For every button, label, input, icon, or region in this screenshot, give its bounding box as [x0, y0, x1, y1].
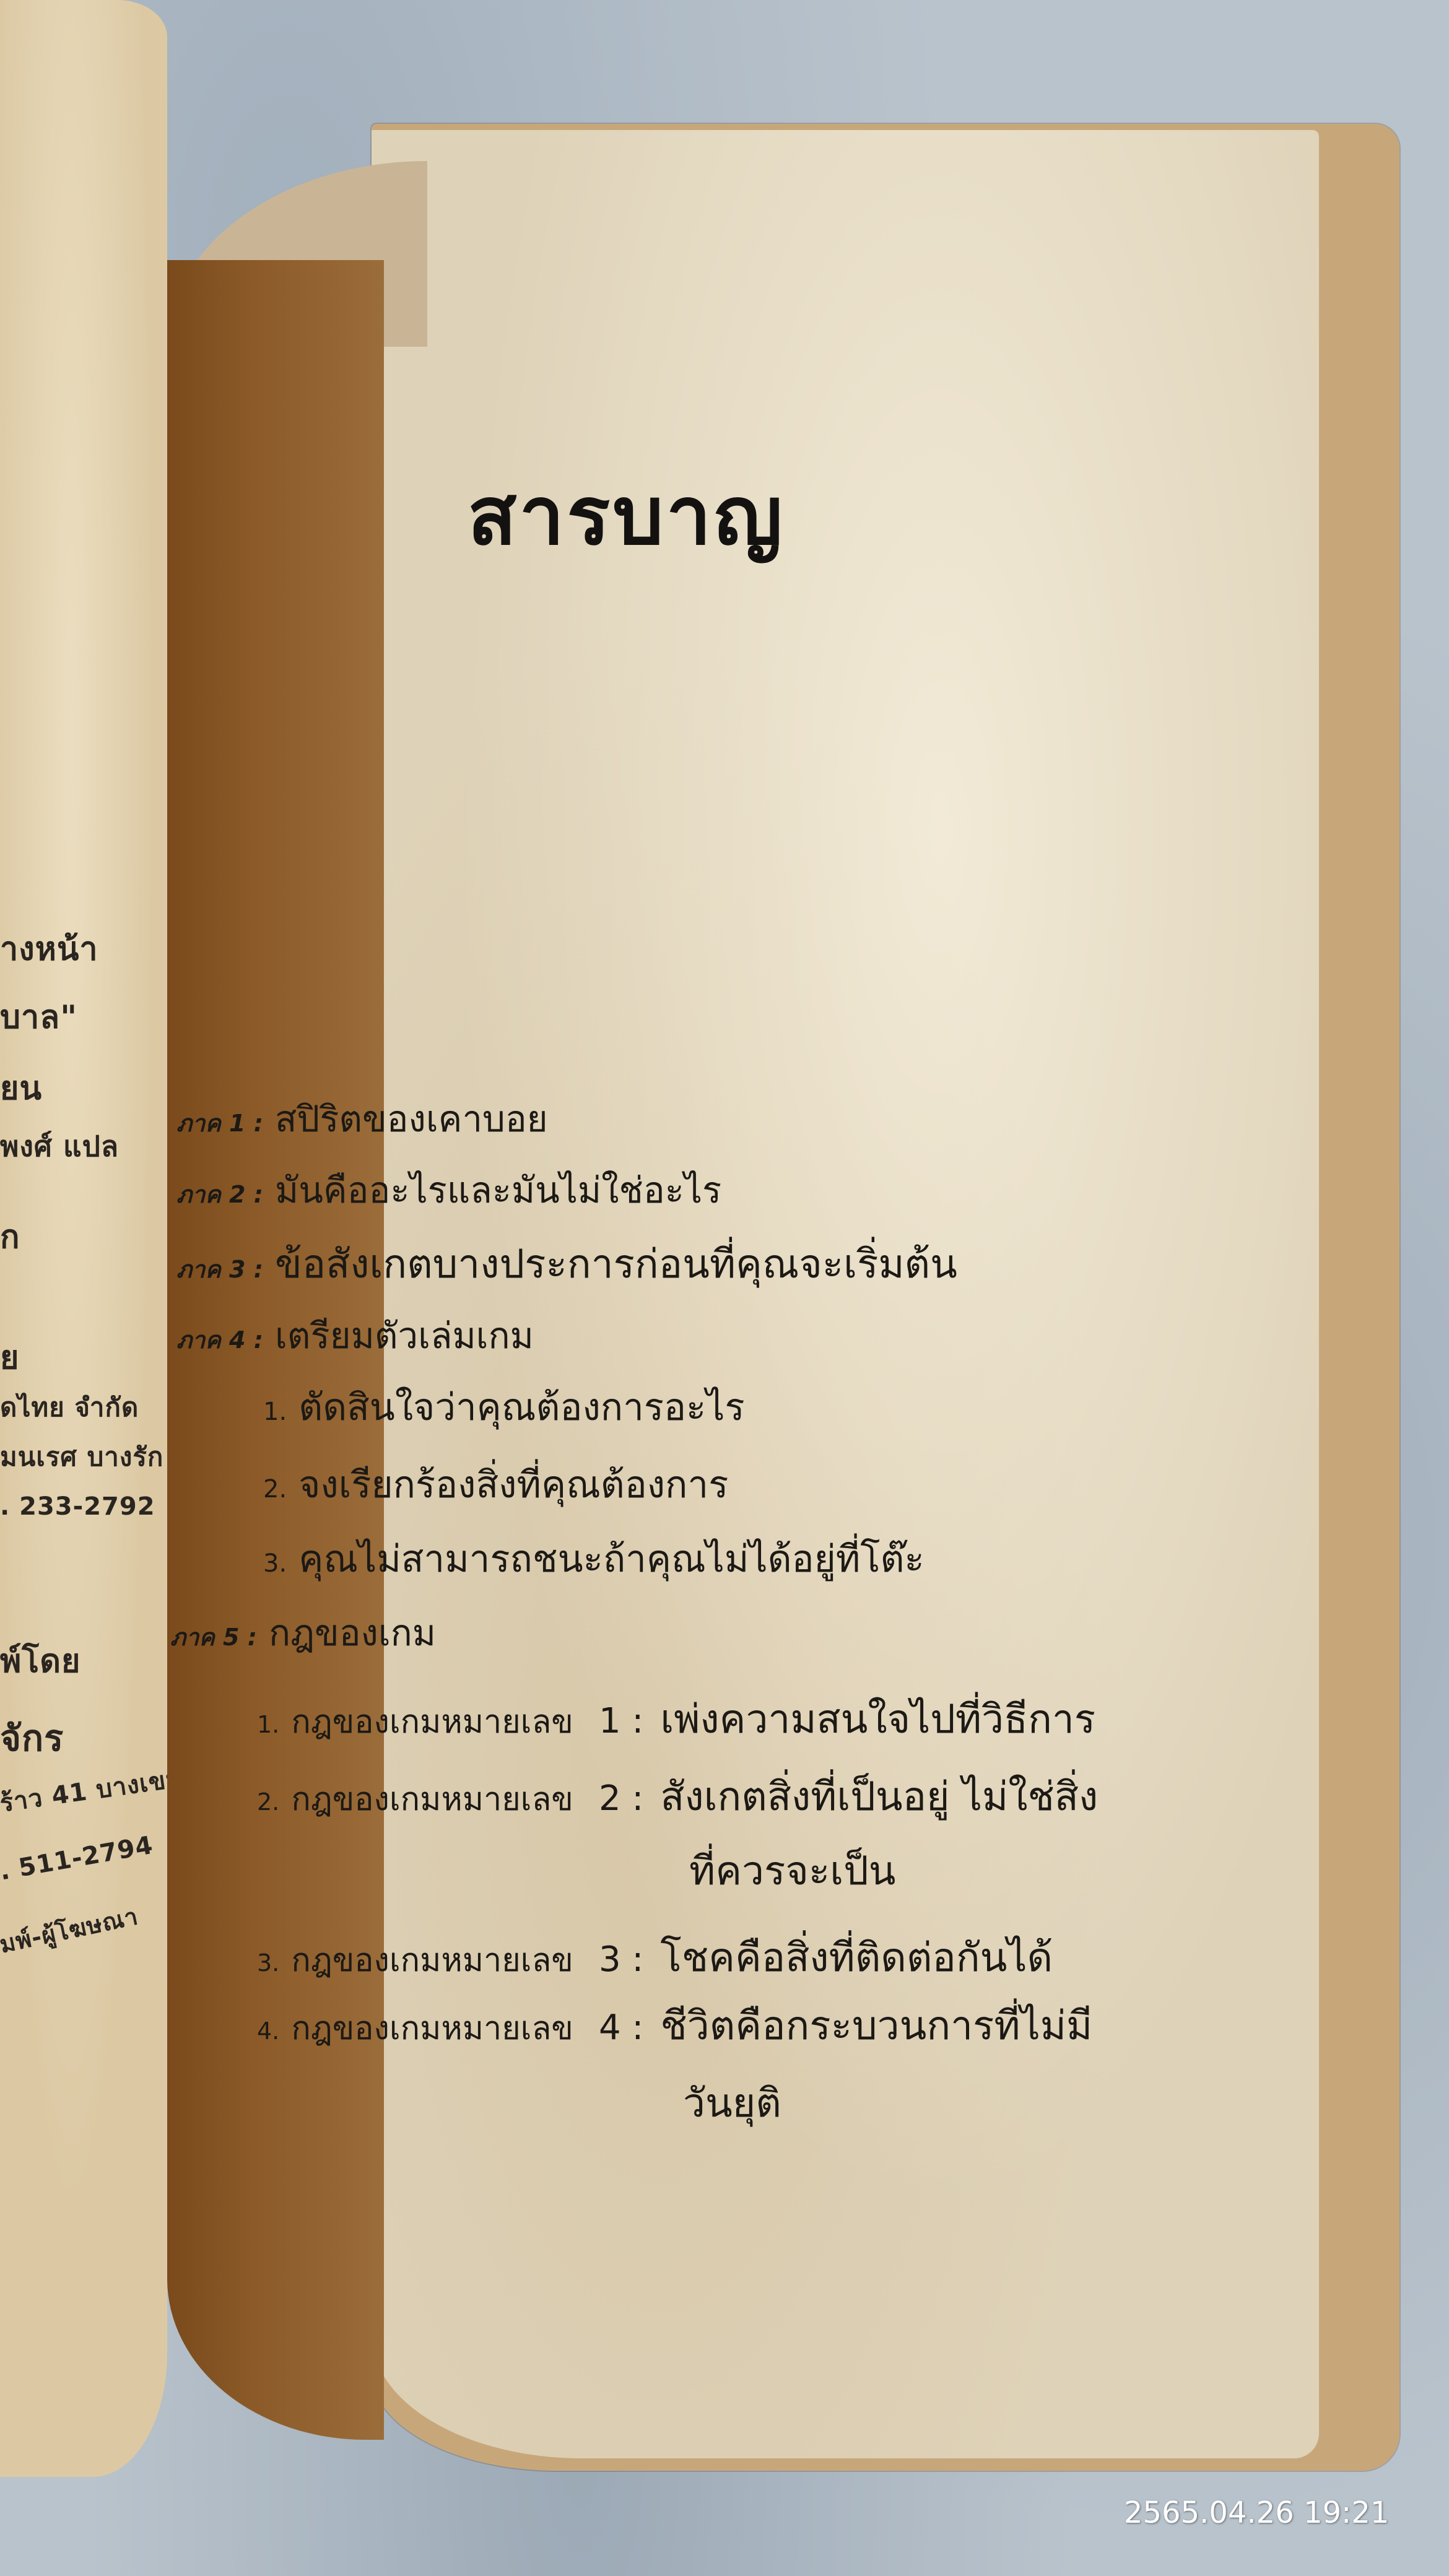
rule-number: 4. — [257, 2017, 279, 2045]
part-prefix: ภาค 2 : — [176, 1181, 263, 1208]
left-page-text-line: ยน — [0, 1062, 42, 1113]
part-title: มันคืออะไรและมันไม่ใช่อะไร — [275, 1169, 721, 1211]
toc-rule-item[interactable]: 4. กฎของเกมหมายเลข 4 : ชีวิตคือกระบวนการ… — [257, 1994, 1092, 2057]
left-page-text-line: างหน้า — [0, 923, 98, 974]
left-page-text-line: พงศ์ แปล — [0, 1124, 119, 1169]
subitem-number: 1. — [263, 1398, 287, 1426]
part-prefix: ภาค 5 : — [170, 1624, 257, 1651]
part-title: ข้อสังเกตบางประการก่อนที่คุณจะเริ่มต้น — [275, 1242, 957, 1287]
toc-part[interactable]: ภาค 5 : กฎของเกม — [170, 1604, 436, 1661]
subitem-text: ตัดสินใจว่าคุณต้องการอะไร — [298, 1386, 744, 1429]
left-page-text-line: ร้าว 41 บางเขน — [0, 1758, 167, 1823]
left-page-text-line: . 233-2792 — [0, 1492, 155, 1521]
left-page-text-line: . 511-2794 — [0, 1831, 155, 1886]
toc-rule-continuation: ที่ควรจะเป็น — [689, 1839, 895, 1902]
toc-rule-continuation: วันยุติ — [683, 2071, 781, 2134]
left-page-text-line: มพ์-ผู้โฆษณา — [0, 1897, 142, 1963]
rule-index: 4 : — [599, 2008, 643, 2048]
rule-number: 2. — [257, 1788, 279, 1816]
rule-label: กฎของเกมหมายเลข — [291, 1704, 573, 1741]
rule-label: กฎของเกมหมายเลข — [291, 2010, 573, 2047]
part-prefix: ภาค 4 : — [176, 1326, 263, 1354]
part-prefix: ภาค 1 : — [176, 1110, 263, 1137]
left-page: างหน้า บาล" ยน พงศ์ แปล ก ย ดไทย จำกัด ม… — [0, 0, 167, 2477]
left-page-text-line: ดไทย จำกัด — [0, 1387, 139, 1428]
subitem-text: คุณไม่สามารถชนะถ้าคุณไม่ได้อยู่ที่โต๊ะ — [298, 1538, 924, 1581]
rule-text-continued: วันยุติ — [683, 2081, 781, 2126]
part-title: เตรียมตัวเล่มเกม — [275, 1315, 534, 1357]
toc-part[interactable]: ภาค 1 : สปิริตของเคาบอย — [176, 1090, 548, 1147]
toc-subitem[interactable]: 1. ตัดสินใจว่าคุณต้องการอะไร — [263, 1378, 745, 1437]
rule-number: 3. — [257, 1949, 279, 1977]
left-page-text-line: บาล" — [0, 991, 77, 1042]
rule-text-continued: ที่ควรจะเป็น — [689, 1848, 895, 1894]
rule-text: ชีวิตคือกระบวนการที่ไม่มี — [660, 2003, 1092, 2049]
toc-rule-item[interactable]: 3. กฎของเกมหมายเลข 3 : โชคคือสิ่งที่ติดต… — [257, 1926, 1053, 1989]
rule-text: เพ่งความสนใจไปที่วิธีการ — [660, 1697, 1095, 1743]
left-page-text-line: จักร — [0, 1709, 64, 1767]
book-photo: างหน้า บาล" ยน พงศ์ แปล ก ย ดไทย จำกัด ม… — [0, 0, 1449, 2576]
part-title: กฎของเกม — [269, 1612, 436, 1654]
rule-label: กฎของเกมหมายเลข — [291, 1942, 573, 1979]
subitem-text: จงเรียกร้องสิ่งที่คุณต้องการ — [298, 1463, 728, 1507]
left-page-text-line: มนเรศ บางรัก — [0, 1437, 163, 1477]
toc-rule-item[interactable]: 1. กฎของเกมหมายเลข 1 : เพ่งความสนใจไปที่… — [257, 1687, 1095, 1751]
toc-part[interactable]: ภาค 3 : ข้อสังเกตบางประการก่อนที่คุณจะเร… — [176, 1232, 957, 1295]
rule-text: สังเกตสิ่งที่เป็นอยู่ ไม่ใช่สิ่ง — [660, 1774, 1098, 1820]
left-page-text-line: ย — [0, 1331, 19, 1383]
rule-index: 1 : — [599, 1701, 643, 1741]
part-title: สปิริตของเคาบอย — [275, 1098, 548, 1140]
toc-part[interactable]: ภาค 2 : มันคืออะไรและมันไม่ใช่อะไร — [176, 1161, 721, 1219]
toc-subitem[interactable]: 2. จงเรียกร้องสิ่งที่คุณต้องการ — [263, 1455, 728, 1514]
left-page-text-line: ก — [0, 1211, 20, 1262]
rule-index: 3 : — [599, 1939, 643, 1980]
part-prefix: ภาค 3 : — [176, 1256, 263, 1283]
toc-rule-item[interactable]: 2. กฎของเกมหมายเลข 2 : สังเกตสิ่งที่เป็น… — [257, 1765, 1098, 1828]
rule-number: 1. — [257, 1711, 279, 1738]
page-title: สารบาญ — [468, 452, 785, 580]
rule-index: 2 : — [599, 1778, 643, 1819]
photo-timestamp: 2565.04.26 19:21 — [1124, 2495, 1389, 2530]
left-page-text-line: พ์โดย — [0, 1635, 80, 1686]
toc-part[interactable]: ภาค 4 : เตรียมตัวเล่มเกม — [176, 1307, 534, 1364]
toc-subitem[interactable]: 3. คุณไม่สามารถชนะถ้าคุณไม่ได้อยู่ที่โต๊… — [263, 1529, 925, 1588]
rule-text: โชคคือสิ่งที่ติดต่อกันได้ — [660, 1935, 1053, 1981]
subitem-number: 3. — [263, 1549, 287, 1578]
subitem-number: 2. — [263, 1475, 287, 1503]
rule-label: กฎของเกมหมายเลข — [291, 1781, 573, 1818]
